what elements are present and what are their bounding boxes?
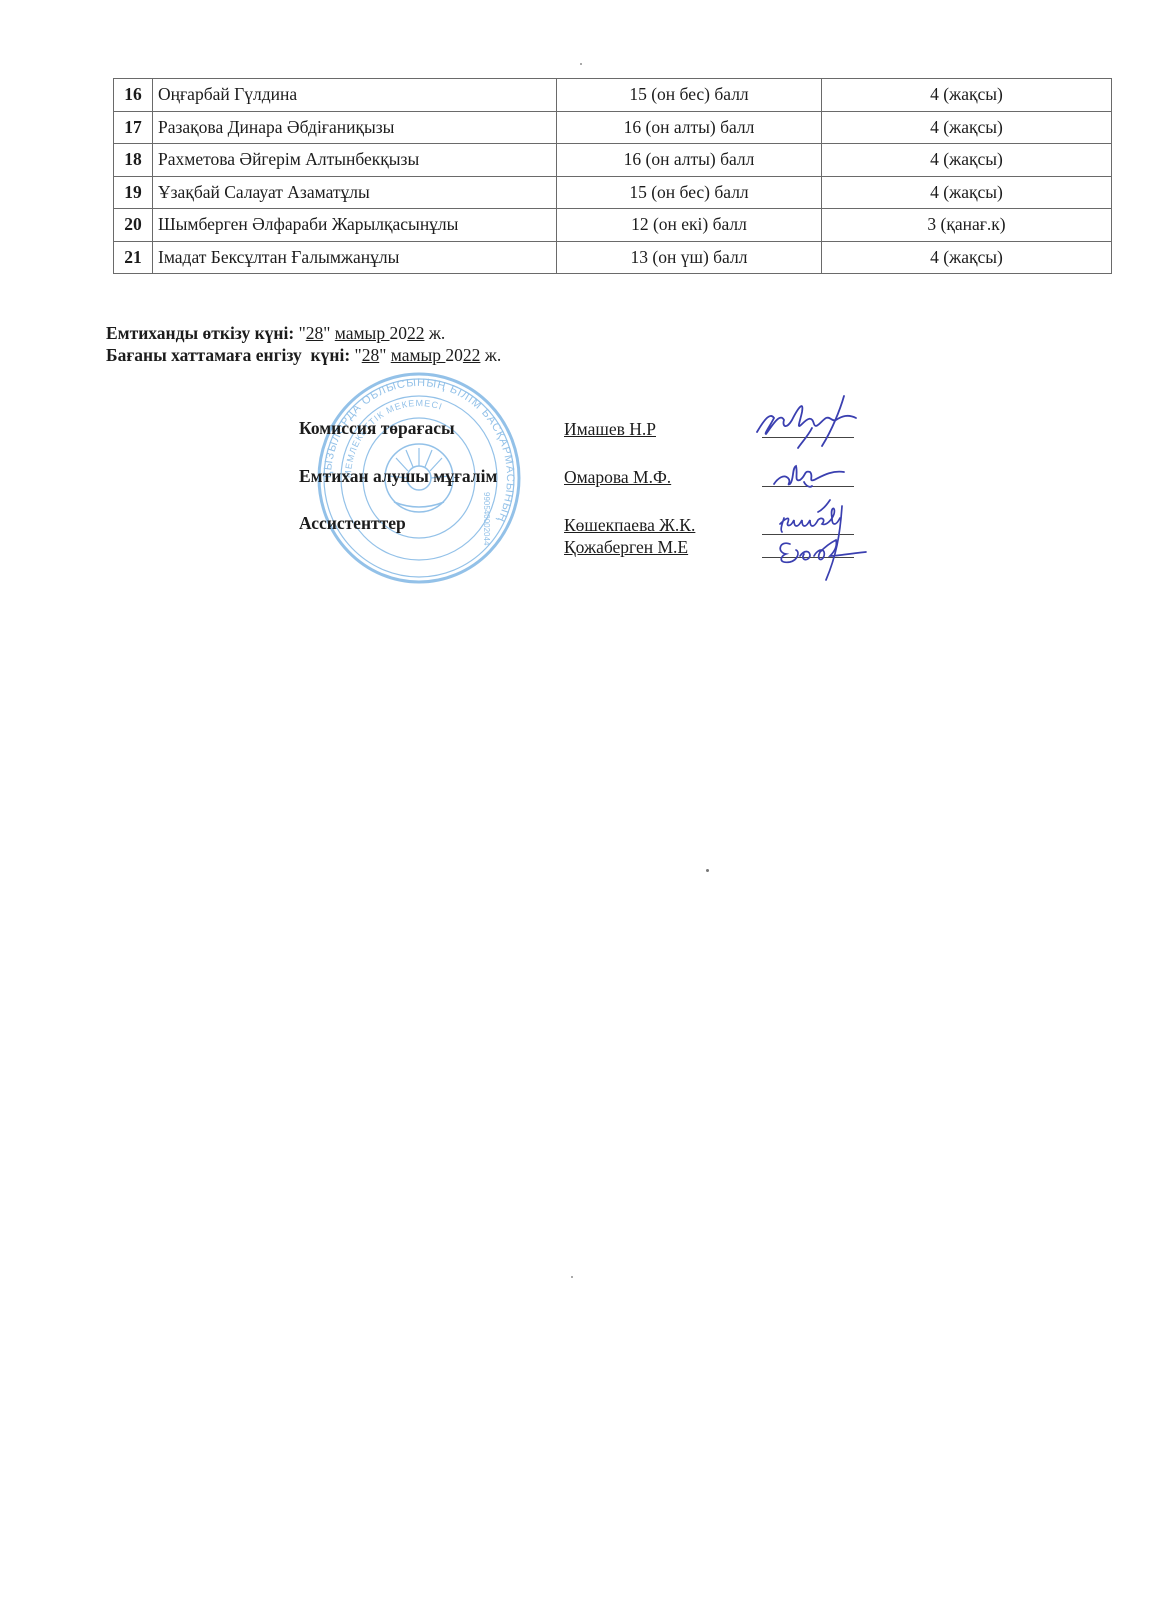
student-grade: 4 (жақсы) xyxy=(822,241,1112,274)
student-score: 15 (он бес) балл xyxy=(557,79,822,112)
exam-date-line: Емтиханды өткізу күні: "28" мамыр 2022 ж… xyxy=(106,322,501,344)
entry-date-line: Бағаны хаттамаға енгізу күні: "28" мамыр… xyxy=(106,344,501,366)
entry-date-value: "28" мамыр 2022 ж. xyxy=(355,345,502,365)
student-score: 16 (он алты) балл xyxy=(557,144,822,177)
teacher-signature-icon xyxy=(770,456,860,492)
chair-signature-icon xyxy=(752,390,872,450)
exam-day: 28 xyxy=(306,323,324,343)
student-name: Рахметова Әйгерім Алтынбекқызы xyxy=(153,144,557,177)
teacher-name: Омарова М.Ф. xyxy=(564,467,671,488)
entry-date-label: Бағаны хаттамаға енгізу күні: xyxy=(106,345,350,365)
student-name: Оңғарбай Гүлдина xyxy=(153,79,557,112)
table-row: 21 Імадат Бексұлтан Ғалымжанұлы 13 (он ү… xyxy=(114,241,1112,274)
scan-speck xyxy=(580,63,582,65)
chair-role: Комиссия төрағасы xyxy=(299,418,455,439)
student-name: Разақова Динара Әбдіғаниқызы xyxy=(153,111,557,144)
student-name: Імадат Бексұлтан Ғалымжанұлы xyxy=(153,241,557,274)
row-number: 21 xyxy=(114,241,153,274)
row-number: 17 xyxy=(114,111,153,144)
assistants-signature-icon xyxy=(770,496,880,582)
grades-table: 16 Оңғарбай Гүлдина 15 (он бес) балл 4 (… xyxy=(113,78,1112,274)
exam-date-label: Емтиханды өткізу күні: xyxy=(106,323,294,343)
entry-month: мамыр xyxy=(391,345,446,365)
student-grade: 4 (жақсы) xyxy=(822,79,1112,112)
entry-year-suffix: 22 xyxy=(463,345,481,365)
teacher-role: Емтихан алушы мұғалім xyxy=(299,466,497,487)
chair-name: Имашев Н.Р xyxy=(564,419,656,440)
entry-year-tail: ж. xyxy=(480,345,501,365)
entry-year-prefix: 20 xyxy=(445,345,463,365)
exam-month: мамыр xyxy=(335,323,390,343)
row-number: 18 xyxy=(114,144,153,177)
entry-day: 28 xyxy=(362,345,380,365)
dates-block: Емтиханды өткізу күні: "28" мамыр 2022 ж… xyxy=(106,322,501,366)
svg-text:990540002044: 990540002044 xyxy=(482,492,491,546)
student-grade: 4 (жақсы) xyxy=(822,176,1112,209)
student-score: 12 (он екі) балл xyxy=(557,209,822,242)
exam-year-prefix: 20 xyxy=(389,323,407,343)
student-name: Шымберген Әлфараби Жарылқасынұлы xyxy=(153,209,557,242)
row-number: 20 xyxy=(114,209,153,242)
exam-date-value: "28" мамыр 2022 ж. xyxy=(299,323,446,343)
table-row: 20 Шымберген Әлфараби Жарылқасынұлы 12 (… xyxy=(114,209,1112,242)
student-grade: 4 (жақсы) xyxy=(822,111,1112,144)
student-name: Ұзақбай Салауат Азаматұлы xyxy=(153,176,557,209)
exam-year-suffix: 22 xyxy=(407,323,425,343)
row-number: 16 xyxy=(114,79,153,112)
table-row: 19 Ұзақбай Салауат Азаматұлы 15 (он бес)… xyxy=(114,176,1112,209)
table-row: 17 Разақова Динара Әбдіғаниқызы 16 (он а… xyxy=(114,111,1112,144)
scan-speck xyxy=(571,1276,573,1278)
assistants-role: Ассистенттер xyxy=(299,513,406,534)
scan-speck xyxy=(706,869,709,872)
student-score: 16 (он алты) балл xyxy=(557,111,822,144)
exam-year-tail: ж. xyxy=(424,323,445,343)
assistant1-name: Көшекпаева Ж.К. xyxy=(564,515,695,536)
table-row: 16 Оңғарбай Гүлдина 15 (он бес) балл 4 (… xyxy=(114,79,1112,112)
assistant2-name: Қожаберген М.Е xyxy=(564,537,688,558)
student-score: 13 (он үш) балл xyxy=(557,241,822,274)
table-row: 18 Рахметова Әйгерім Алтынбекқызы 16 (он… xyxy=(114,144,1112,177)
student-score: 15 (он бес) балл xyxy=(557,176,822,209)
row-number: 19 xyxy=(114,176,153,209)
student-grade: 3 (қанағ.к) xyxy=(822,209,1112,242)
student-grade: 4 (жақсы) xyxy=(822,144,1112,177)
